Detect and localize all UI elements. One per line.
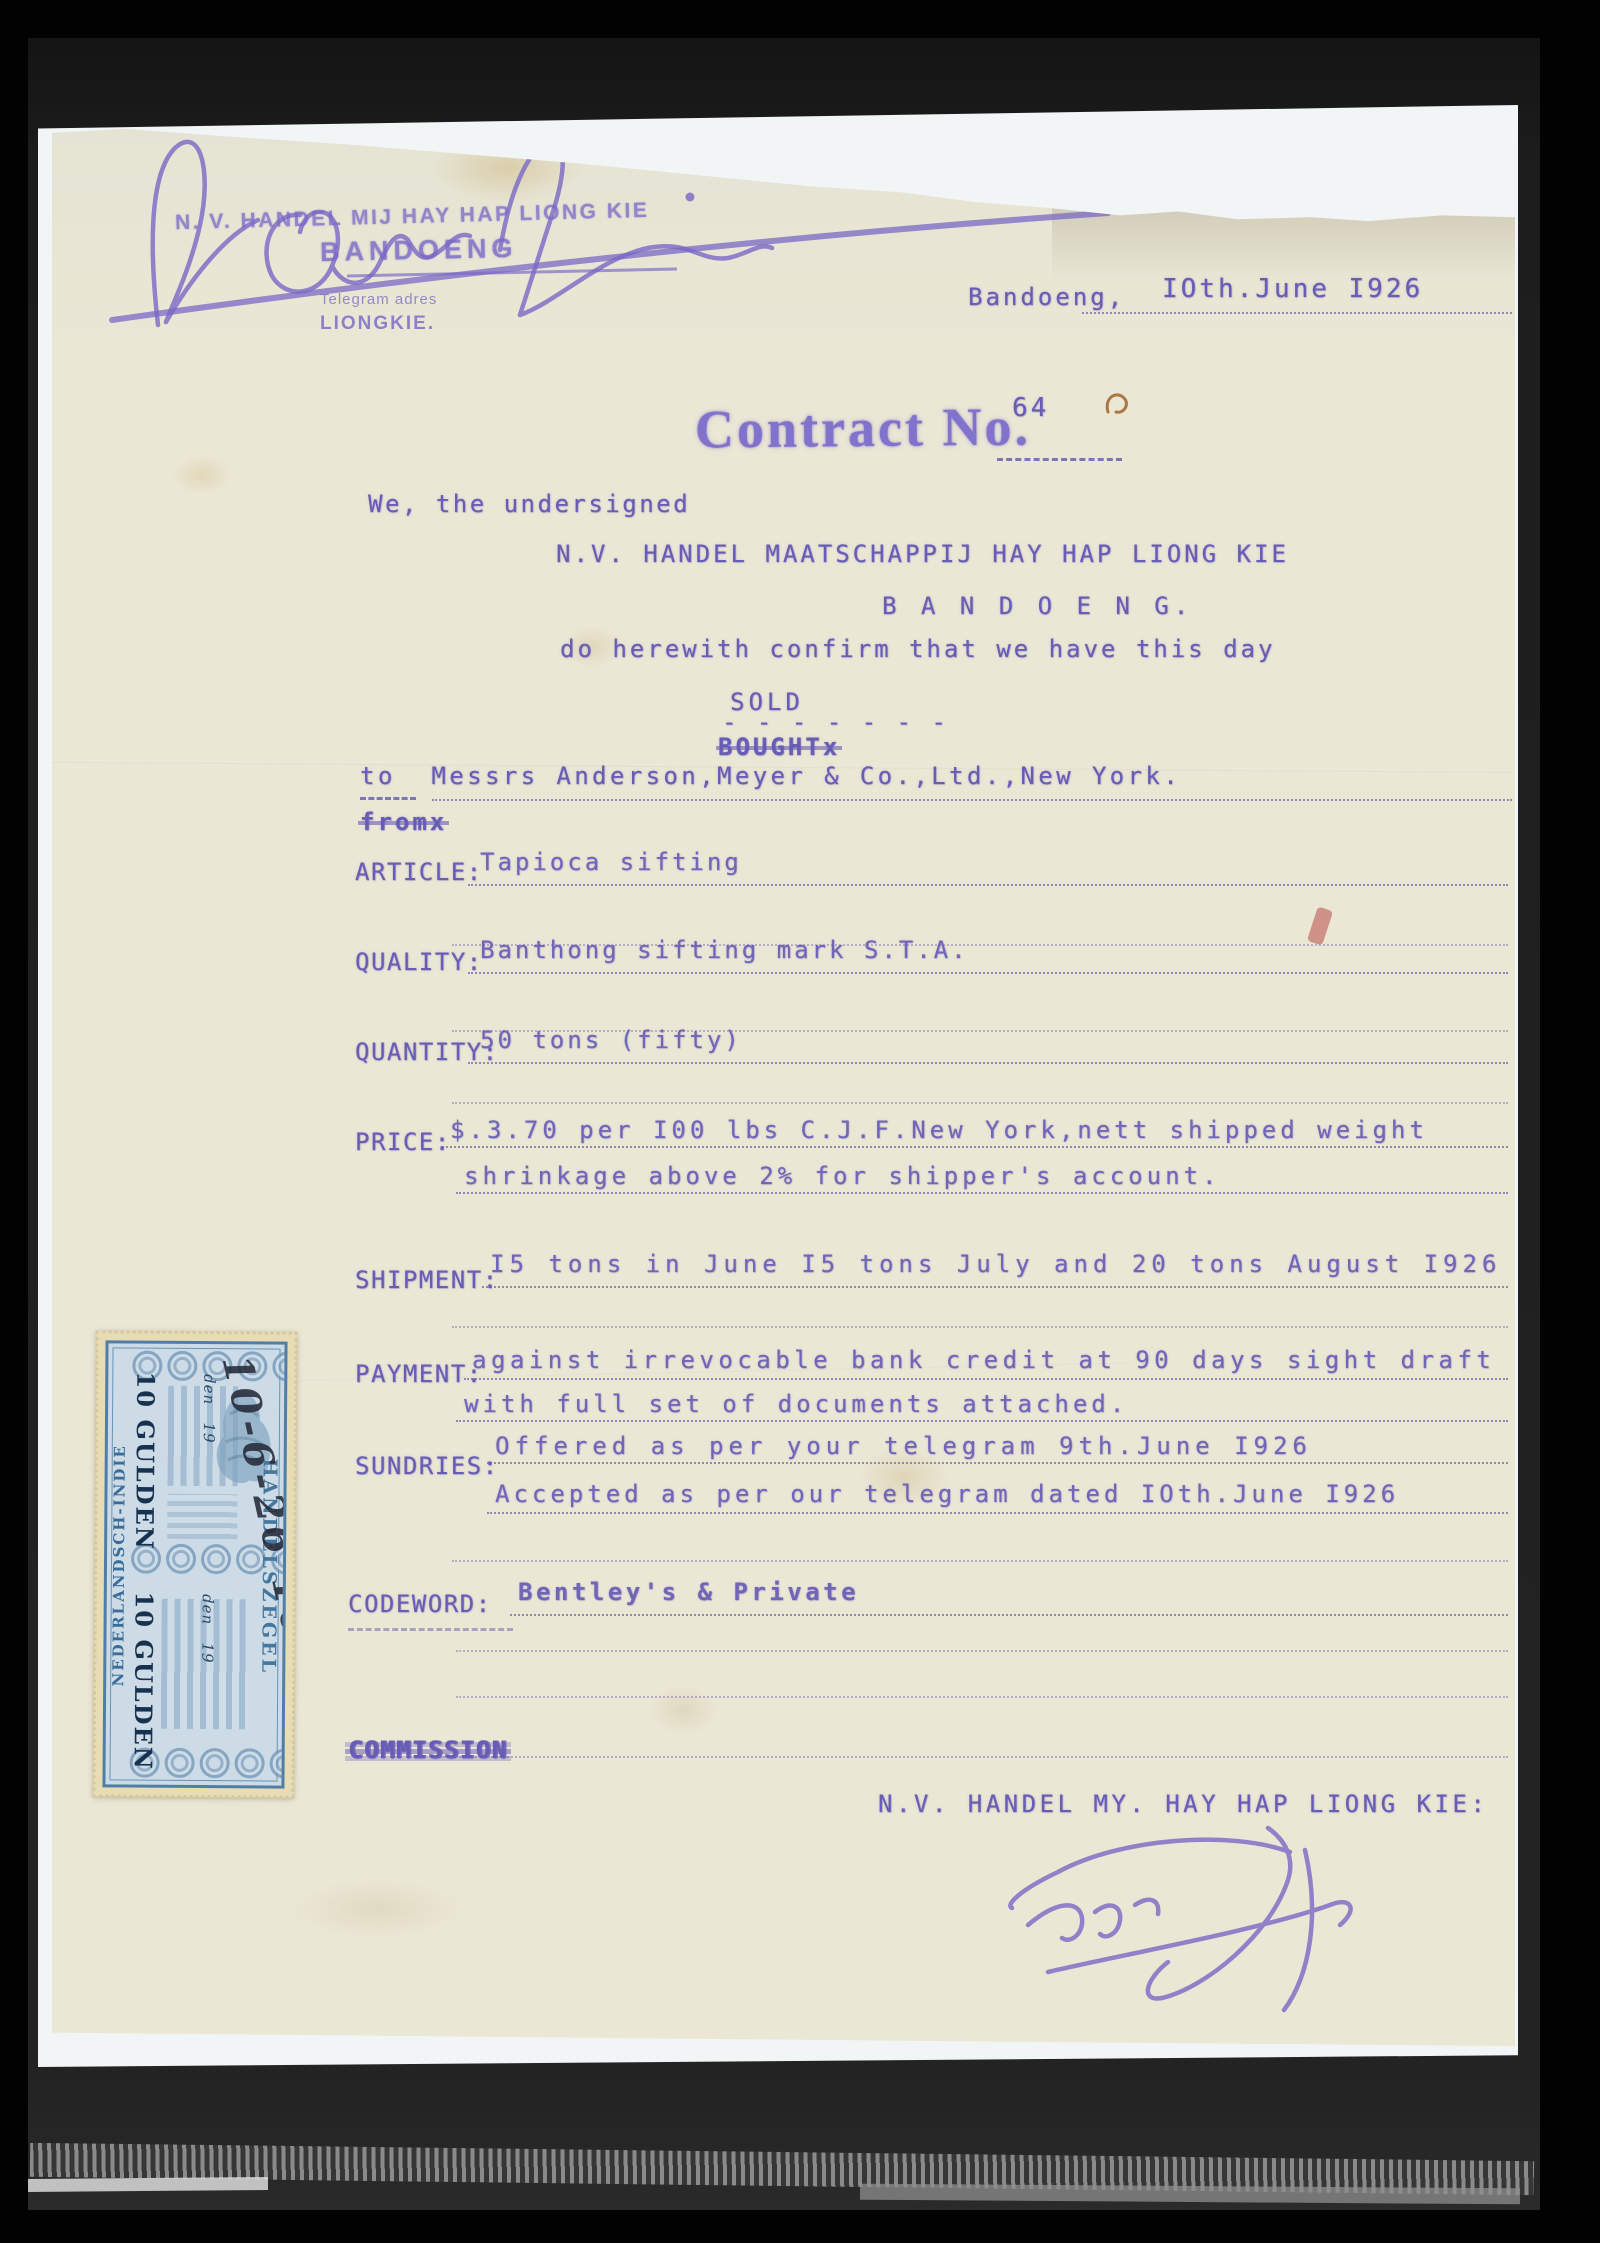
field-label-price: PRICE: — [355, 1128, 451, 1156]
stamp-denomination: 10 GULDEN — [129, 1592, 159, 1771]
dotted-line — [487, 1512, 1508, 1514]
letterhead-telegram-name: LIONGKIE. — [320, 313, 435, 335]
brown-ink-nick — [1107, 395, 1126, 412]
stamp-year-prefix: 19 — [200, 1422, 218, 1443]
dateline-date: IOth.June I926 — [1162, 274, 1423, 304]
field-value2-payment: with full set of documents attached. — [464, 1390, 1128, 1418]
codeword-label-dashes — [348, 1628, 513, 1631]
dateline-place: Bandoeng, — [968, 283, 1125, 311]
letterhead-telegram-label: Telegram adres — [320, 291, 437, 308]
stamp-year-prefix: 19 — [198, 1642, 216, 1663]
field-label-shipment: SHIPMENT: — [355, 1266, 499, 1294]
field-value-payment: against irrevocable bank credit at 90 da… — [472, 1346, 1495, 1374]
field-value-codeword: Bentley's & Private — [518, 1578, 859, 1606]
intro-line: We, the undersigned — [368, 490, 690, 518]
stamp-den-label: den — [200, 1374, 218, 1405]
contract-title-stamp: Contract No. — [695, 396, 1031, 461]
field-value-sundries: Offered as per your telegram 9th.June I9… — [495, 1432, 1312, 1460]
stamp-country-text: NEDERLANDSCH-INDIE — [109, 1357, 130, 1773]
letterhead-company-stamp: N. V. HANDEL MIJ HAY HAP LIONG KIE — [175, 199, 650, 235]
intro-line2: do herewith confirm that we have this da… — [560, 635, 1275, 663]
dotted-line — [456, 1420, 1508, 1422]
dotted-line — [432, 799, 1512, 801]
dotted-line — [456, 1696, 1508, 1698]
dotted-line — [482, 1286, 1508, 1288]
field-value-quantity: 50 tons (fifty) — [480, 1026, 742, 1054]
field-label-sundries: SUNDRIES: — [355, 1452, 499, 1480]
field-label-article: ARTICLE: — [355, 858, 483, 886]
stamp-engraving-texture — [167, 1494, 237, 1539]
contract-number-underline — [997, 458, 1122, 461]
contract-document-paper: N. V. HANDEL MIJ HAY HAP LIONG KIE BANDO… — [52, 125, 1515, 2048]
dotted-line — [442, 1146, 1508, 1148]
dotted-line — [468, 1062, 1508, 1064]
dotted-line — [440, 1756, 1508, 1758]
contract-number: 64 — [1012, 393, 1049, 423]
red-pencil-mark — [1307, 906, 1333, 945]
field-value2-price: shrinkage above 2% for shipper's account… — [464, 1162, 1220, 1190]
dotted-line — [456, 1650, 1508, 1652]
intro-company: N.V. HANDEL MAATSCHAPPIJ HAY HAP LIONG K… — [556, 540, 1289, 568]
revenue-stamp-inner: NEDERLANDSCH-INDIE HANDELSZEGEL 10 GULDE… — [102, 1340, 287, 1788]
buyer-line: to Messrs Anderson,Meyer & Co.,Ltd.,New … — [360, 762, 1181, 790]
to-underline-dashes — [360, 797, 416, 800]
album-paper-sliver — [28, 2177, 268, 2192]
dotted-line — [468, 884, 1508, 886]
dotted-line — [1082, 312, 1512, 314]
stamp-den-date-line: den 19 — [198, 1594, 216, 1664]
field-value2-sundries: Accepted as per our telegram dated IOth.… — [495, 1480, 1399, 1508]
closing-company: N.V. HANDEL MY. HAY HAP LIONG KIE: — [878, 1790, 1488, 1818]
revenue-stamp: NEDERLANDSCH-INDIE HANDELSZEGEL 10 GULDE… — [93, 1331, 296, 1797]
field-value-shipment: I5 tons in June I5 tons July and 20 tons… — [490, 1250, 1501, 1278]
intro-city: B A N D O E N G. — [882, 592, 1193, 620]
letterhead-underline — [347, 268, 677, 278]
field-value-price: $.3.70 per I00 lbs C.J.F.New York,nett s… — [450, 1116, 1428, 1144]
dotted-line — [464, 1378, 1508, 1380]
stamp-denomination: 10 GULDEN — [130, 1372, 160, 1551]
stamp-den-date-line: den 19 — [200, 1374, 218, 1444]
dotted-line — [452, 1326, 1508, 1328]
bought-struck-label: BOUGHTx — [718, 733, 840, 761]
dotted-line — [452, 1102, 1508, 1104]
dotted-line — [510, 1614, 1508, 1616]
sold-dashes: - - - - - - - — [722, 708, 949, 736]
bottom-handwritten-signature — [1010, 1828, 1350, 2010]
dotted-line — [487, 1462, 1508, 1464]
from-struck-label: fromx — [360, 808, 447, 836]
photographed-contract-page: N. V. HANDEL MIJ HAY HAP LIONG KIE BANDO… — [0, 0, 1600, 2243]
dotted-line — [456, 1192, 1508, 1194]
letterhead-city-stamp: BANDOENG — [320, 233, 518, 268]
field-value-quality: Banthong sifting mark S.T.A. — [480, 936, 969, 964]
field-label-payment: PAYMENT: — [355, 1360, 483, 1388]
field-value-article: Tapioca sifting — [480, 848, 742, 876]
field-label-quality: QUALITY: — [355, 948, 483, 976]
dotted-line — [452, 1560, 1508, 1562]
dotted-line — [468, 972, 1508, 974]
field-label-commission-struck: COMMISSION — [348, 1736, 508, 1764]
stamp-den-label: den — [199, 1594, 217, 1625]
field-label-codeword: CODEWORD: — [348, 1590, 492, 1618]
